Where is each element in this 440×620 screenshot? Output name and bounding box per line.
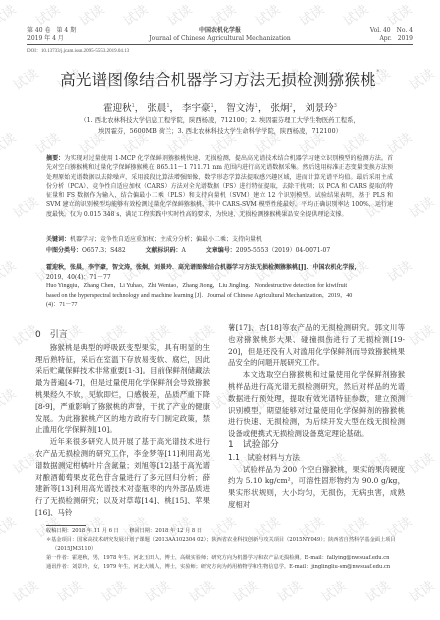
watermark-text: 试读 bbox=[405, 191, 437, 221]
author: 李宇豪 bbox=[182, 103, 211, 114]
watermark-text: 试读 bbox=[9, 191, 41, 221]
journal-name-cn: 中国农机化学报 bbox=[27, 27, 413, 35]
citation-cn-line-2: 2019，40(4)：71－77 bbox=[46, 273, 393, 283]
right-column: 薯[17]、杏[18]等农产品的无损检测研究。郭文川等也对猕猴桃彭大果、碰撞损伤… bbox=[228, 322, 405, 511]
watermark-text: 试读 bbox=[229, 575, 261, 605]
keywords-text: 机器学习；竞争性自适应重加权；主成分分析；偏最小二乘；支持向量机 bbox=[70, 236, 262, 243]
watermark-text: 试读 bbox=[9, 575, 41, 605]
citation-en-line-3: (4)：71－77 bbox=[46, 301, 393, 311]
keywords: 关键词：机器学习；竞争性自适应重加权；主成分分析；偏最小二乘；支持向量机 bbox=[46, 234, 262, 243]
abstract-label: 摘要： bbox=[46, 155, 64, 162]
subsection-heading-materials: 1.1 试验材料与方法 bbox=[228, 452, 405, 464]
footnote-rule bbox=[46, 525, 86, 526]
paragraph: 试验样品为 200 个空白猕猴桃，果实的果肉硬度约为 5.10 kg/cm²，可… bbox=[228, 464, 405, 511]
affiliation-line-2: 埃因霍芬，5600MB 荷兰；3. 西北农林科技大学生命科学学院，陕西杨凌，71… bbox=[30, 127, 410, 137]
volume-issue-en: Vol. 40 No. 4 bbox=[370, 27, 413, 35]
footnotes: 收稿日期：2018 年 11 月 6 日 修回日期：2018 年 12 月 8 … bbox=[46, 527, 400, 572]
citation-en-line-1: Huo Yingqiu，Zhang Chen，Li Yuhao，Zhi Went… bbox=[46, 282, 393, 292]
clc-number: O657.3；S482 bbox=[82, 247, 126, 254]
header-rule bbox=[27, 44, 413, 45]
watermark-text: 试读 bbox=[0, 127, 19, 157]
paragraph: 猕猴桃是典型的呼吸跃变型果实，具有明显的生理后熟特征，采后在室温下存放易变软、腐… bbox=[35, 342, 210, 436]
citation-cn-line-1: 霍迎秋，张晨，李宇豪，智文涛，张炯，刘景玲．高光谱图像结合机器学习方法无损检测猕… bbox=[46, 263, 393, 273]
affiliation-line-1: （1. 西北农林科技大学信息工程学院，陕西杨凌，712100；2. 埃因霍芬理工… bbox=[30, 116, 410, 126]
author: 智文涛 bbox=[226, 103, 255, 114]
abstract-text: 为实现对过量使用 1-MCP 化学保鲜剂猕猴桃快速、无损检测，提出高光谱技术结合… bbox=[46, 155, 393, 218]
corresponding-author-info: 通讯作者：刘景玲，女，1979 年生，河北大城人，博士，实验师；研究方向为药用植… bbox=[46, 563, 400, 572]
doi: DOI：10.13733/j.jcam.issn.2095-5553.2019.… bbox=[27, 47, 129, 54]
paper-title: 高光谱图像结合机器学习方法无损检测猕猴桃* bbox=[0, 68, 440, 90]
watermark-text: 试读 bbox=[0, 255, 19, 285]
citation-block: 霍迎秋，张晨，李宇豪，智文涛，张炯，刘景玲．高光谱图像结合机器学习方法无损检测猕… bbox=[46, 263, 393, 311]
watermark-text: 试读 bbox=[0, 0, 19, 30]
citation-en-line-2: based on the hyperspectral technology an… bbox=[46, 292, 393, 302]
keywords-label: 关键词： bbox=[46, 236, 70, 243]
paragraph: 薯[17]、杏[18]等农产品的无损检测研究。郭文川等也对猕猴桃彭大果、碰撞损伤… bbox=[228, 322, 405, 369]
title-footnote-mark: * bbox=[376, 68, 380, 76]
watermark-text: 试读 bbox=[361, 575, 393, 605]
author-list: 霍迎秋1， 张晨1， 李宇豪1， 智文涛1， 张炯2， 刘景玲3 bbox=[0, 100, 440, 114]
watermark-text: 试读 bbox=[317, 575, 349, 605]
left-column: 0 引言 猕猴桃是典型的呼吸跃变型果实，具有明显的生理后熟特征，采后在室温下存放… bbox=[35, 330, 210, 519]
document-code: A bbox=[182, 247, 186, 254]
watermark-text: 试读 bbox=[273, 575, 305, 605]
fund-info-cont: （2015JM3110） bbox=[46, 545, 400, 554]
article-number: 2095-5553（2019）04-0071-07 bbox=[236, 247, 330, 254]
section-heading-introduction: 0 引言 bbox=[35, 330, 210, 342]
watermark-text: 试读 bbox=[185, 575, 217, 605]
author: 张晨 bbox=[147, 103, 166, 114]
running-header: 第 40 卷 第 4 期 2019 年 4 月 中国农机化学报 Journal … bbox=[27, 24, 413, 46]
classification-line: 中图分类号：O657.3；S482 文献标识码：A 文章编号：2095-5553… bbox=[46, 245, 330, 254]
fund-info: ＊基金项目：国家高技术研究发展计划子课题（2013AA102304 02）；陕西… bbox=[46, 536, 400, 545]
date-en: Apr. 2019 bbox=[370, 35, 413, 43]
watermark-text: 试读 bbox=[141, 575, 173, 605]
watermark-text: 试读 bbox=[97, 575, 129, 605]
section-heading-experiment: 1 试验部分 bbox=[228, 440, 405, 452]
watermark-text: 试读 bbox=[0, 511, 19, 541]
paper-page: 试读试读试读试读试读试读试读试读试读试读试读试读试读试读试读试读试读试读试读试读… bbox=[0, 0, 440, 620]
received-date: 收稿日期：2018 年 11 月 6 日 修回日期：2018 年 12 月 8 … bbox=[46, 527, 400, 536]
watermark-text: 试读 bbox=[0, 383, 19, 413]
watermark-text: 试读 bbox=[405, 575, 437, 605]
abstract: 摘要：为实现对过量使用 1-MCP 化学保鲜剂猕猴桃快速、无损检测，提出高光谱技… bbox=[46, 154, 393, 219]
author: 张炯 bbox=[271, 103, 290, 114]
watermark-text: 试读 bbox=[405, 319, 437, 349]
header-center: 中国农机化学报 Journal of Chinese Agricultural … bbox=[27, 27, 413, 43]
author: 刘景玲 bbox=[305, 103, 334, 114]
paragraph: 近年来很多研究人员开展了基于高光谱技术进行农产品无损检测的研究工作，李金梦等[1… bbox=[35, 436, 210, 519]
paragraph: 本文选取空白猕猴桃和过量使用化学保鲜剂猕猴桃样品进行高光谱无损检测研究，然后对样… bbox=[228, 369, 405, 440]
watermark-text: 试读 bbox=[53, 575, 85, 605]
header-right: Vol. 40 No. 4 Apr. 2019 bbox=[370, 27, 413, 43]
first-author-info: 第一作者：霍迎秋，男，1978 年生，河北玉田人，博士，高级实验师；研究方向为机… bbox=[46, 554, 400, 563]
journal-name-en: Journal of Chinese Agricultural Mechaniz… bbox=[27, 35, 413, 43]
title-text: 高光谱图像结合机器学习方法无损检测猕猴桃 bbox=[60, 71, 376, 89]
watermark-text: 试读 bbox=[405, 447, 437, 477]
author: 霍迎秋 bbox=[103, 103, 132, 114]
